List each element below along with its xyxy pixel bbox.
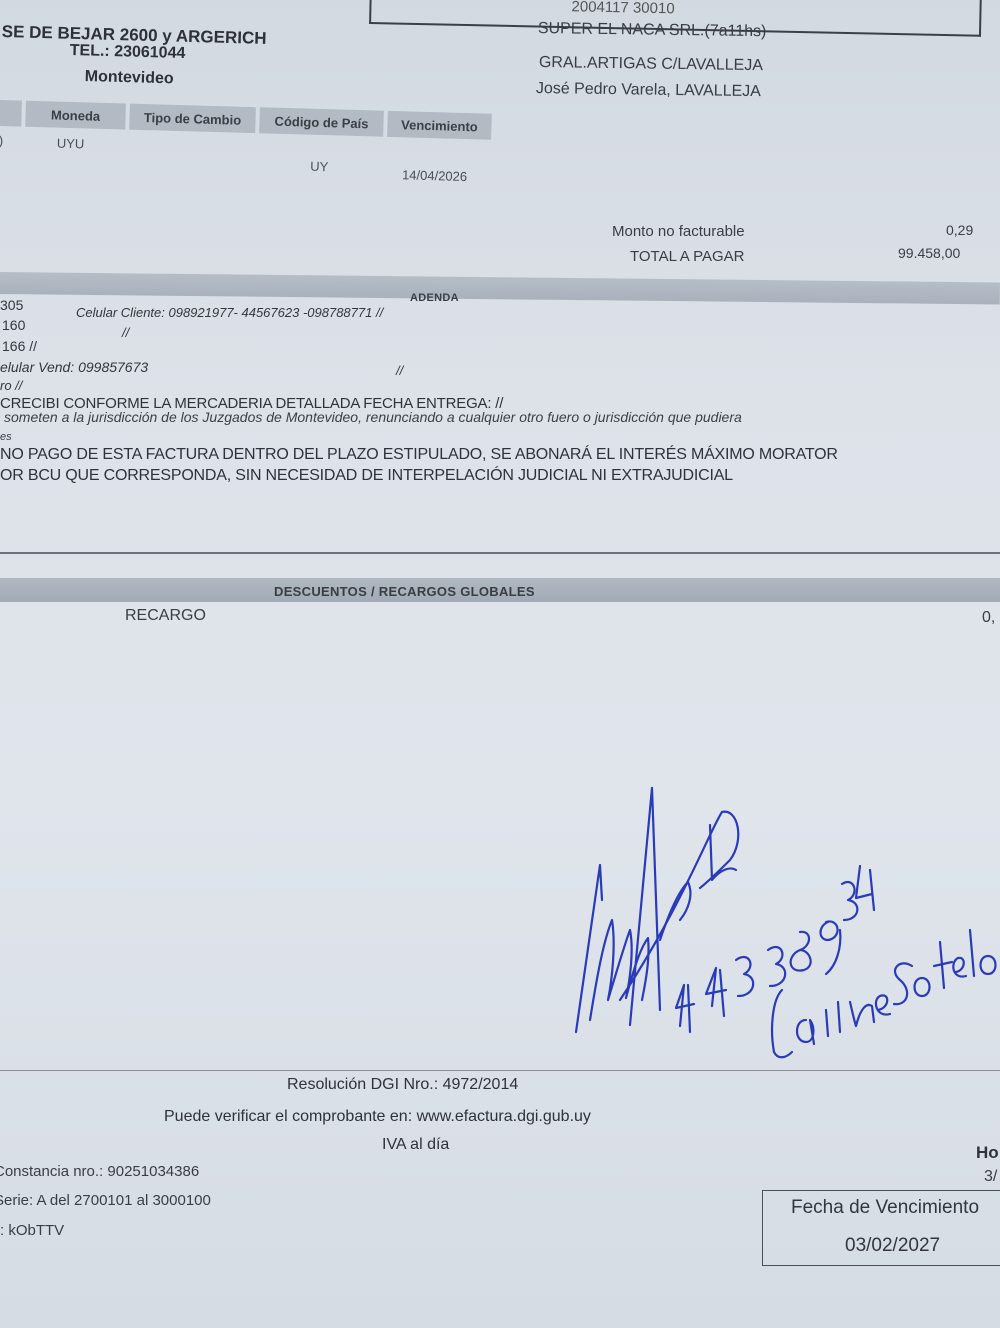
- footer-security-code: : kObTTV: [0, 1222, 64, 1239]
- adenda-celular-vendedor: elular Vend: 099857673: [0, 359, 148, 375]
- buyer-address: GRAL.ARTIGAS C/LAVALLEJA: [539, 54, 763, 75]
- adenda-band: [0, 272, 1000, 304]
- header-col-tipo-cambio: Tipo de Cambio: [129, 104, 256, 134]
- due-date-box: Fecha de Vencimiento 03/02/2027: [762, 1190, 1000, 1266]
- footer-iva: IVA al día: [382, 1136, 449, 1154]
- buyer-city: José Pedro Varela, LAVALLEJA: [536, 80, 761, 101]
- buyer-name: SUPER EL NACA SRL.(7a11hs): [538, 20, 767, 41]
- totals-value-total: 99.458,00: [898, 245, 960, 261]
- document-number-fragment: 2004117 30010: [571, 0, 675, 17]
- footer-right-fragment-1: Ho: [976, 1143, 999, 1163]
- recargo-value: 0,: [982, 609, 995, 627]
- adenda-left-1: 160: [2, 317, 25, 333]
- issuer-city: Montevideo: [85, 68, 174, 88]
- adenda-title: ADENDA: [410, 292, 459, 304]
- value-moneda: UYU: [57, 136, 85, 152]
- legal-fragment: es: [0, 431, 12, 443]
- header-left-fragment: ): [0, 133, 3, 148]
- footer-divider: [0, 1070, 1000, 1071]
- value-vencimiento: 14/04/2026: [402, 167, 467, 184]
- totals-label-no-facturable: Monto no facturable: [612, 223, 745, 240]
- footer-verify: Puede verificar el comprobante en: www.e…: [164, 1108, 591, 1126]
- due-date-value: 03/02/2027: [845, 1235, 940, 1257]
- global-discounts-title: DESCUENTOS / RECARGOS GLOBALES: [274, 584, 535, 599]
- totals-label-total: TOTAL A PAGAR: [630, 248, 745, 265]
- header-col-moneda: Moneda: [25, 101, 126, 130]
- handwritten-signature: [560, 770, 1000, 1060]
- adenda-celular-cliente: Celular Cliente: 098921977- 44567623 -09…: [76, 305, 383, 320]
- invoice-paper: 2004117 30010 SE DE BEJAR 2600 y ARGERIC…: [0, 0, 1000, 1328]
- footer-right-fragment-2: 3/: [984, 1168, 997, 1186]
- legal-jurisdiccion: someten a la jurisdicción de los Juzgado…: [4, 409, 742, 425]
- footer-constancia: Constancia nro.: 90251034386: [0, 1163, 199, 1180]
- adenda-left-0: 305: [0, 297, 23, 313]
- header-col-vencimiento: Vencimiento: [387, 111, 492, 140]
- recargo-label: RECARGO: [125, 607, 206, 625]
- adenda-separator-3: //: [396, 363, 403, 378]
- adenda-separator-1: //: [122, 325, 129, 340]
- legal-bcu: OR BCU QUE CORRESPONDA, SIN NECESIDAD DE…: [0, 467, 733, 485]
- value-codigo-pais: UY: [310, 159, 328, 174]
- totals-value-no-facturable: 0,29: [946, 222, 973, 238]
- footer-resolution: Resolución DGI Nro.: 4972/2014: [287, 1076, 518, 1094]
- footer-serie: Serie: A del 2700101 al 3000100: [0, 1192, 211, 1209]
- section-divider: [0, 552, 1000, 554]
- adenda-left-2: 166 //: [2, 338, 37, 354]
- header-col-codigo-pais: Código de País: [259, 107, 384, 136]
- header-cell-cut: [0, 100, 22, 127]
- legal-no-pago: NO PAGO DE ESTA FACTURA DENTRO DEL PLAZO…: [0, 446, 838, 464]
- due-date-title: Fecha de Vencimiento: [791, 1197, 979, 1219]
- adenda-left-4: ro //: [0, 378, 22, 393]
- issuer-phone: TEL.: 23061044: [70, 42, 186, 63]
